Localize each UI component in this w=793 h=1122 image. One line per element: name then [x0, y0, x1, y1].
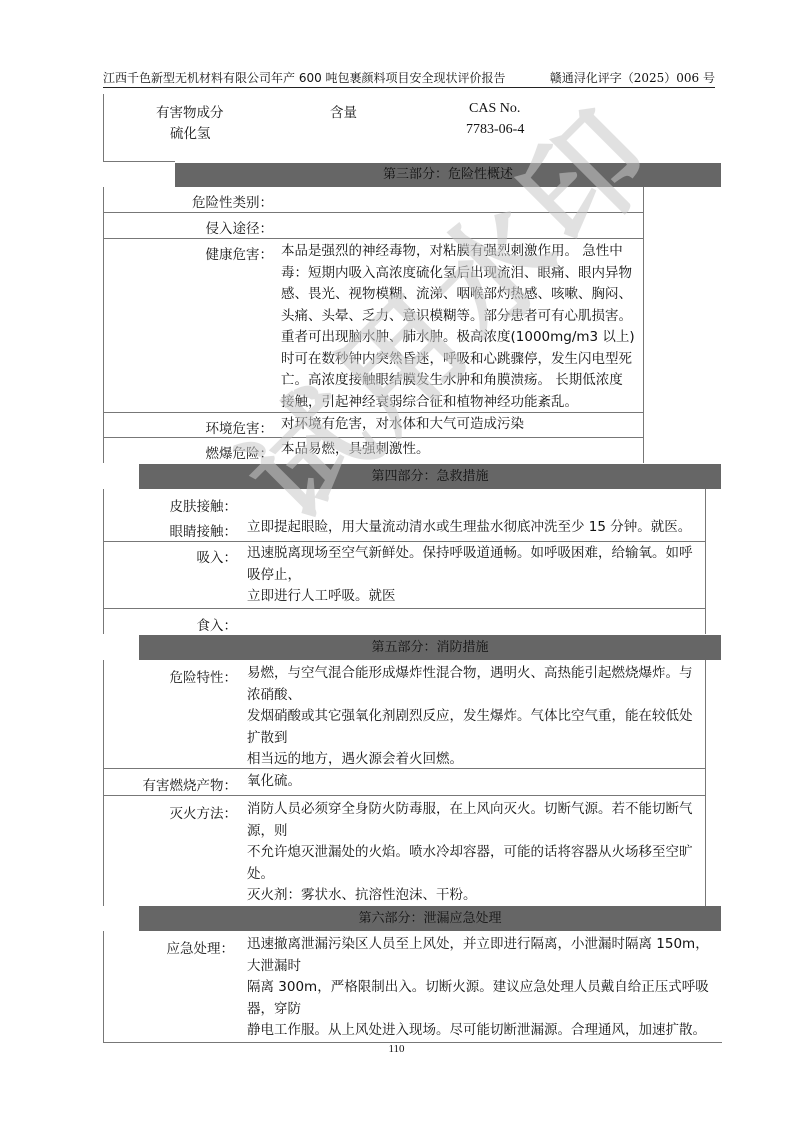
divider — [103, 161, 175, 162]
table-row: 吸入： 迅速脱离现场至空气新鲜处。保持呼吸道通畅。如呼吸困难，给输氧。如呼 吸停… — [104, 542, 705, 609]
column-header-cas: CAS No. — [469, 101, 520, 117]
text-line: 接触，引起神经衰弱综合征和植物神经功能紊乱。 — [281, 392, 635, 414]
table-row: 燃爆危险： 本品易燃，具强刺激性。 — [104, 438, 643, 463]
text-line: 本品是强烈的神经毒物，对粘膜有强烈刺激作用。 急性中 — [281, 241, 635, 263]
section-title: 第五部分：消防措施 — [371, 640, 488, 655]
row-value: 氧化硫。 — [247, 771, 301, 793]
column-header-component: 有害物成分 — [156, 101, 224, 121]
text-line: 大泄漏时 — [247, 956, 709, 978]
text-line: 亡。高浓度接触眼结膜发生水肿和角膜溃疡。 长期低浓度 — [281, 370, 635, 392]
table-row: 环境危害： 对环境有危害，对水体和大气可造成污染 — [104, 413, 643, 438]
row-value: 迅速脱离现场至空气新鲜处。保持呼吸道通畅。如呼吸困难，给输氧。如呼 吸停止， 立… — [247, 543, 693, 608]
section-title: 第四部分：急救措施 — [371, 469, 488, 484]
section-title: 第六部分：泄漏应急处理 — [358, 911, 501, 926]
table-row: 食入： — [104, 609, 705, 634]
text-line: 不允许熄灭泄漏处的火焰。喷水冷却容器，可能的话将容器从火场移至空旷 — [247, 842, 693, 864]
row-label: 眼睛接触： — [170, 520, 238, 540]
text-line: 毒：短期内吸入高浓度硫化氢后出现流泪、眼痛、眼内异物 — [281, 263, 635, 285]
row-label: 燃爆危险： — [206, 442, 274, 462]
text-line: 感、畏光、视物模糊、流涕、咽喉部灼热感、咳嗽、胸闷、 — [281, 284, 635, 306]
table-row: 危险性类别： — [104, 187, 643, 213]
text-line: 浓硝酸、 — [247, 685, 693, 707]
text-line: 处。 — [247, 864, 693, 886]
text-line: 灭火剂：雾状水、抗溶性泡沫、干粉。 — [247, 885, 693, 907]
row-value: 立即提起眼睑，用大量流动清水或生理盐水彻底冲洗至少 15 分钟。就医。 — [247, 517, 691, 539]
page-header: 江西千色新型无机材料有限公司年产 600 吨包裹颜料项目安全现状评价报告 赣通浔… — [103, 70, 715, 88]
row-label: 有害燃烧产物： — [143, 774, 238, 794]
section-title: 第三部分：危险性概述 — [383, 167, 513, 182]
row-value: 本品是强烈的神经毒物，对粘膜有强烈刺激作用。 急性中 毒：短期内吸入高浓度硫化氢… — [281, 241, 635, 413]
row-label: 吸入： — [197, 546, 238, 566]
text-line: 器，穿防 — [247, 999, 709, 1021]
row-label: 食入： — [197, 614, 238, 634]
cas-number: 7783-06-4 — [466, 122, 524, 138]
text-line: 源，则 — [247, 821, 693, 843]
text-line: 时可在数秒钟内突然昏迷，呼吸和心跳骤停，发生闪电型死 — [281, 349, 635, 371]
row-label: 皮肤接触： — [170, 495, 238, 515]
column-header-content: 含量 — [330, 101, 357, 121]
table-row: 眼睛接触： 立即提起眼睑，用大量流动清水或生理盐水彻底冲洗至少 15 分钟。就医… — [104, 516, 705, 542]
table-row: 皮肤接触： — [104, 489, 705, 515]
report-title: 江西千色新型无机材料有限公司年产 600 吨包裹颜料项目安全现状评价报告 — [103, 70, 506, 87]
text-line: 静电工作服。从上风处进入现场。尽可能切断泄漏源。合理通风，加速扩散。 — [247, 1020, 709, 1042]
row-value: 易燃，与空气混合能形成爆炸性混合物，遇明火、高热能引起燃烧爆炸。与 浓硝酸、 发… — [247, 663, 693, 771]
text-line: 立即进行人工呼吸。就医 — [247, 586, 693, 608]
row-label: 应急处理： — [167, 937, 235, 957]
section-5-table: 危险特性： 易燃，与空气混合能形成爆炸性混合物，遇明火、高热能引起燃烧爆炸。与 … — [103, 660, 706, 906]
row-label: 环境危害： — [206, 417, 274, 437]
row-value: 本品易燃，具强刺激性。 — [281, 439, 430, 461]
table-row: 有害燃烧产物： 氧化硫。 — [104, 769, 705, 796]
table-row: 灭火方法： 消防人员必须穿全身防火防毒服，在上风向灭火。切断气源。若不能切断气 … — [104, 796, 705, 906]
section-3-table: 危险性类别： 侵入途径： 健康危害： 本品是强烈的神经毒物，对粘膜有强烈刺激作用… — [103, 187, 644, 463]
section-header-3: 第三部分：危险性概述 — [175, 163, 721, 187]
row-value: 迅速撤离泄漏污染区人员至上风处，并立即进行隔离，小泄漏时隔离 150m， 大泄漏… — [247, 934, 709, 1042]
page-number: 110 — [0, 1043, 793, 1055]
text-line: 迅速脱离现场至空气新鲜处。保持呼吸道通畅。如呼吸困难，给输氧。如呼 — [247, 543, 693, 565]
text-line: 迅速撤离泄漏污染区人员至上风处，并立即进行隔离，小泄漏时隔离 150m， — [247, 934, 709, 956]
text-line: 头痛、头晕、乏力、意识模糊等。部分患者可有心肌损害。 — [281, 306, 635, 328]
table-row: 危险特性： 易燃，与空气混合能形成爆炸性混合物，遇明火、高热能引起燃烧爆炸。与 … — [104, 660, 705, 769]
text-line: 扩散到 — [247, 728, 693, 750]
composition-block — [103, 94, 104, 161]
row-label: 健康危害： — [206, 243, 274, 263]
text-line: 吸停止， — [247, 565, 693, 587]
section-header-4: 第四部分：急救措施 — [139, 464, 721, 489]
row-label: 危险性类别： — [192, 191, 273, 211]
document-number: 赣通浔化评字（2025）006 号 — [550, 70, 715, 87]
text-line: 隔离 300m，严格限制出入。切断火源。建议应急处理人员戴自给正压式呼吸 — [247, 977, 709, 999]
row-label: 侵入途径： — [206, 217, 274, 237]
component-name: 硫化氢 — [170, 122, 211, 142]
row-label: 危险特性： — [170, 666, 238, 686]
row-value: 对环境有危害，对水体和大气可造成污染 — [281, 414, 524, 436]
section-6-table: 应急处理： 迅速撤离泄漏污染区人员至上风处，并立即进行隔离，小泄漏时隔离 150… — [103, 931, 722, 1043]
text-line: 重者可出现脑水肿、肺水肿。极高浓度(1000mg/m3 以上) — [281, 327, 635, 349]
text-line: 易燃，与空气混合能形成爆炸性混合物，遇明火、高热能引起燃烧爆炸。与 — [247, 663, 693, 685]
row-label: 灭火方法： — [170, 802, 238, 822]
section-header-5: 第五部分：消防措施 — [139, 635, 721, 660]
text-line: 相当远的地方，遇火源会着火回燃。 — [247, 749, 693, 771]
table-row: 侵入途径： — [104, 213, 643, 239]
text-line: 消防人员必须穿全身防火防毒服，在上风向灭火。切断气源。若不能切断气 — [247, 799, 693, 821]
section-4-table: 皮肤接触： 眼睛接触： 立即提起眼睑，用大量流动清水或生理盐水彻底冲洗至少 15… — [103, 489, 706, 634]
table-row: 健康危害： 本品是强烈的神经毒物，对粘膜有强烈刺激作用。 急性中 毒：短期内吸入… — [104, 239, 643, 413]
row-value: 消防人员必须穿全身防火防毒服，在上风向灭火。切断气源。若不能切断气 源，则 不允… — [247, 799, 693, 907]
section-header-6: 第六部分：泄漏应急处理 — [139, 906, 721, 931]
text-line: 发烟硝酸或其它强氧化剂剧烈反应，发生爆炸。气体比空气重，能在较低处 — [247, 706, 693, 728]
